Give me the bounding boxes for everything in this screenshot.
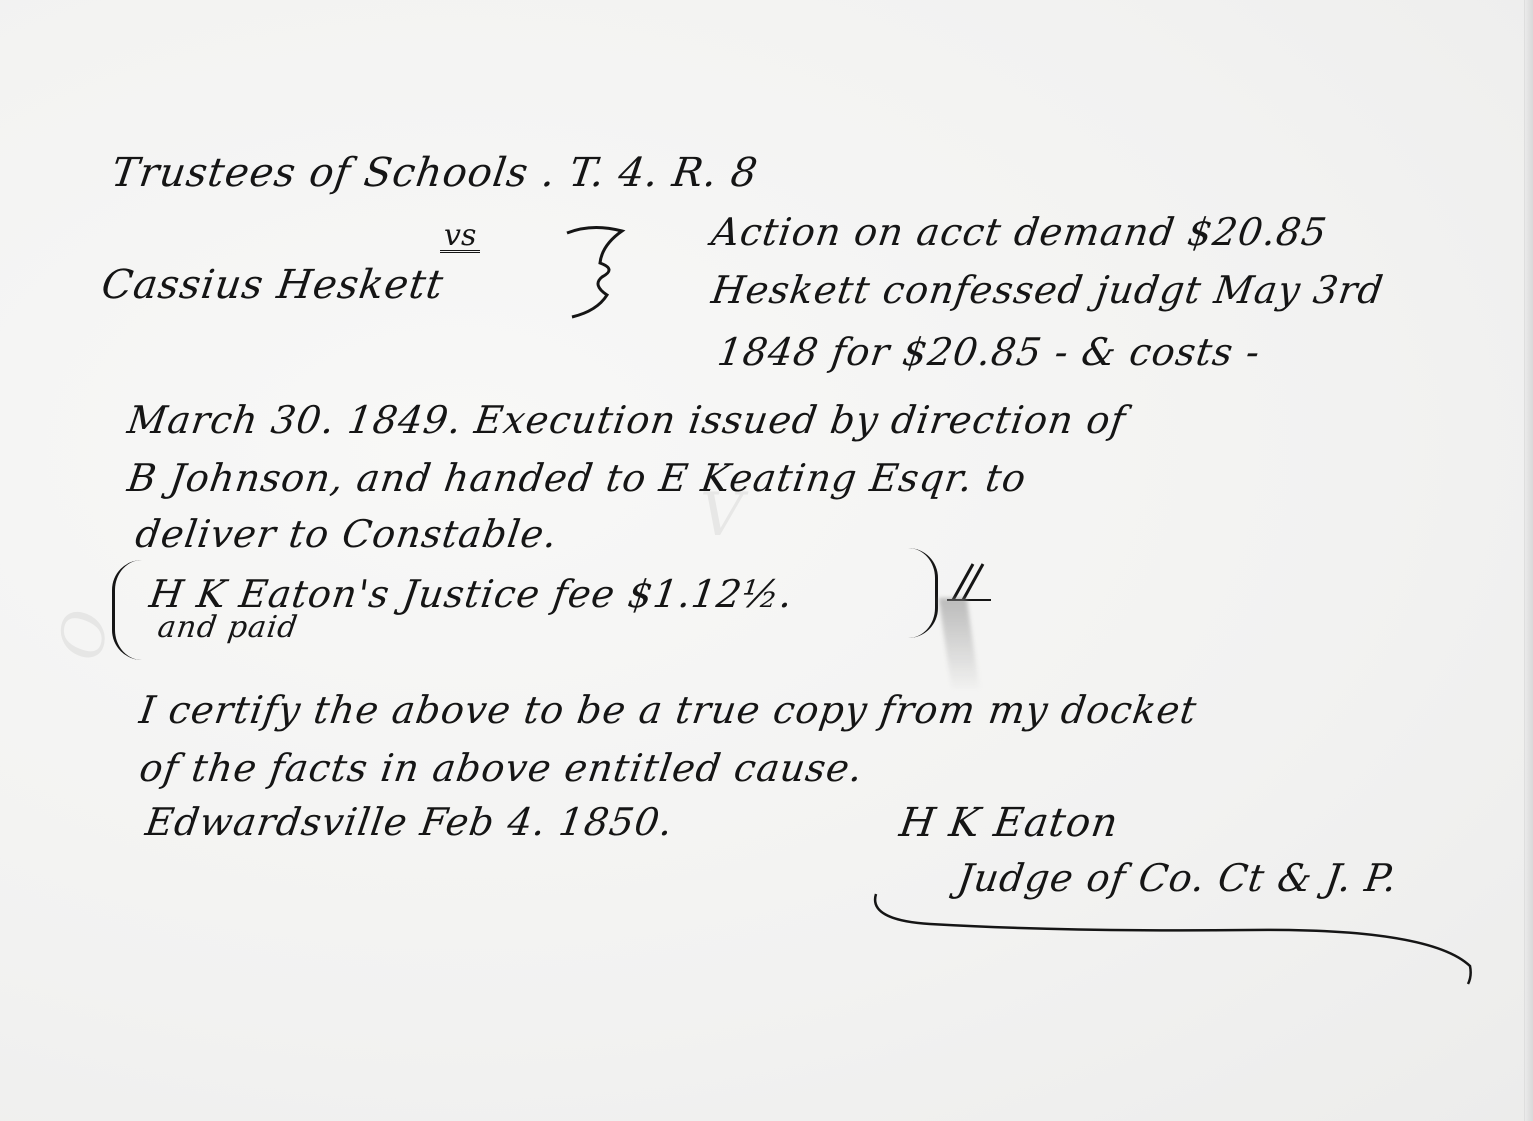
certification-line-1: I certify the above to be a true copy fr… (137, 688, 1200, 732)
page-edge (1524, 0, 1533, 1121)
caption-versus: vs (440, 222, 480, 253)
signature-flourish (870, 880, 1490, 990)
scanned-document-page: O V Trustees of Schools . T. 4. R. 8 vs … (0, 0, 1533, 1121)
close-parenthesis (905, 548, 938, 638)
place-date: Edwardsville Feb 4. 1850. (143, 800, 676, 844)
caption-defendant: Cassius Heskett (99, 262, 447, 308)
summary-line-2: Heskett confessed judgt May 3rd (709, 268, 1387, 312)
signature: H K Eaton (897, 800, 1122, 846)
open-parenthesis (112, 560, 145, 660)
summary-line-3: 1848 for $20.85 - & costs - (715, 330, 1263, 374)
fee-note-line-2: and paid (156, 610, 301, 645)
certification-line-2: of the facts in above entitled cause. (137, 746, 866, 790)
execution-line-3: deliver to Constable. (133, 512, 561, 556)
execution-line-1: March 30. 1849. Execution issued by dire… (125, 398, 1129, 442)
summary-line-1: Action on acct demand $20.85 (709, 210, 1330, 254)
execution-line-2: B Johnson, and handed to E Keating Esqr.… (125, 456, 1029, 500)
curly-brace-icon (562, 215, 632, 325)
caption-plaintiff: Trustees of Schools . T. 4. R. 8 (109, 150, 761, 196)
pencil-smudge (939, 598, 980, 688)
